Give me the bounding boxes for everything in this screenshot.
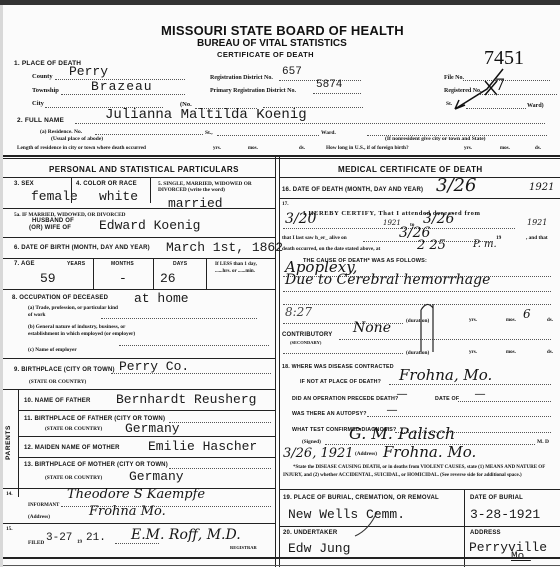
- undertaker-value: Edw Jung: [288, 541, 350, 556]
- informant-address: Frohna Mo.: [89, 504, 166, 519]
- divider: [18, 457, 275, 458]
- divider: [279, 489, 560, 490]
- divider: [3, 523, 275, 524]
- days-label: DAYS: [173, 261, 187, 267]
- nonresident-label: (If nonresident give city or town and St…: [385, 136, 485, 142]
- divider: [3, 389, 275, 390]
- father-birthplace-city-field: [169, 415, 271, 423]
- death-ampm: P. m.: [473, 239, 497, 250]
- ward-label-2: Ward.: [321, 130, 336, 136]
- primary-registration-value: 5874: [316, 79, 342, 91]
- informant-label: INFORMANT: [28, 503, 59, 508]
- age-years-value: 59: [40, 271, 56, 286]
- dod-year: 1921: [529, 182, 554, 193]
- nonresident-field: [367, 128, 547, 136]
- birthplace-field: Perry Co.: [111, 362, 271, 374]
- cause-2: Due to Cerebral hemorrhage: [285, 272, 490, 288]
- if-not-label: IF NOT AT PLACE OF DEATH?: [300, 379, 381, 385]
- mother-value: Emilie Hascher: [148, 439, 257, 454]
- st-label: St.: [446, 101, 452, 107]
- divider: [206, 258, 207, 289]
- birthplace-label: 9. BIRTHPLACE (CITY OR TOWN): [14, 367, 115, 373]
- undertaker-address-value: Perryville: [469, 540, 547, 555]
- residence-ward-field: [217, 128, 319, 136]
- cause-3: 8:27: [285, 305, 312, 319]
- county-value: Perry: [69, 64, 108, 79]
- last-saw-label: that I last saw h_er_ alive on: [282, 235, 347, 241]
- duration-mos-value: 6: [523, 307, 531, 321]
- cause-footnote: *State the DISEASE CAUSING DEATH, or in …: [283, 464, 553, 479]
- birthplace-state-label: (STATE OR COUNTRY): [29, 379, 86, 385]
- and-that-label: , and that: [526, 235, 548, 241]
- divider: [3, 289, 275, 290]
- length-residence-label: Length of residence in city or town wher…: [17, 145, 146, 151]
- filed-year: 21.: [86, 532, 106, 544]
- sex-label: 3. SEX: [14, 181, 34, 187]
- age-label: 7. AGE: [14, 261, 35, 267]
- residence-field: [95, 127, 203, 135]
- full-name-field: Julianna Maltilda Koenig: [75, 110, 545, 124]
- spouse-value: Edward Koenig: [99, 218, 200, 233]
- physician-address: Frohna. Mo.: [383, 443, 476, 461]
- duration-ds: ds.: [547, 318, 553, 323]
- divider: [279, 177, 560, 178]
- occupation-value: at home: [134, 291, 189, 306]
- parents-divider: [18, 389, 19, 497]
- attended-to-year: 1921: [527, 218, 547, 227]
- primary-registration-label: Primary Registration District No.: [210, 88, 296, 94]
- pen-stroke-mark: [351, 510, 381, 540]
- ward-field: [466, 101, 526, 109]
- age-days-value: 26: [160, 271, 176, 286]
- duration-mos-2: mos.: [506, 350, 516, 355]
- attended-from: 3/20: [285, 211, 316, 227]
- undertaker-label: 20. UNDERTAKER: [283, 530, 337, 536]
- occupation-b-field: [119, 339, 269, 346]
- full-name-value: Julianna Maltilda Koenig: [105, 107, 307, 123]
- contributory-label: CONTRIBUTORY: [282, 332, 332, 338]
- death-certificate: MISSOURI STATE BOARD OF HEALTH BUREAU OF…: [3, 5, 560, 567]
- filed-19: 19: [77, 540, 82, 545]
- divider: [3, 177, 275, 178]
- page-title: MISSOURI STATE BOARD OF HEALTH: [161, 23, 404, 38]
- duration-yrs: yrs.: [469, 318, 477, 323]
- operation-label: DID AN OPERATION PRECEDE DEATH?: [292, 396, 398, 402]
- dod-value: 3/26: [436, 175, 476, 196]
- us-mos: mos.: [500, 146, 510, 151]
- date-of-label: DATE OF: [435, 396, 459, 402]
- duration-mos: mos.: [506, 318, 516, 323]
- divider: [3, 208, 275, 209]
- length-ds: ds.: [299, 146, 305, 151]
- occupation-label: 8. OCCUPATION OF DECEASED: [12, 295, 108, 301]
- city-label: City: [32, 100, 44, 107]
- burial-label: 19. PLACE OF BURIAL, CREMATION, OR REMOV…: [283, 495, 439, 501]
- less-than-day-label: If LESS than 1 day, ......hrs. or ......…: [215, 261, 271, 275]
- township-value: Brazeau: [91, 79, 153, 94]
- contracted-value: Frohna, Mo.: [399, 366, 492, 384]
- occupation-a-field: [101, 312, 257, 319]
- months-label: MONTHS: [111, 261, 134, 267]
- length-yrs: yrs.: [213, 146, 221, 151]
- date-of-value: —: [475, 389, 485, 400]
- divider: [464, 489, 465, 567]
- marital-label: 5. SINGLE, MARRIED, WIDOWED OR DIVORCED …: [158, 181, 268, 193]
- filed-num: 15.: [6, 526, 13, 532]
- dod-label: 16. DATE OF DEATH (MONTH, DAY AND YEAR): [282, 187, 423, 193]
- st-label-2: St.,: [205, 130, 213, 136]
- race-value: white: [99, 189, 138, 204]
- filed-date: 3-27: [46, 532, 72, 544]
- column-divider: [275, 155, 276, 567]
- ward-label: Ward): [527, 103, 544, 109]
- township-field: Brazeau: [61, 82, 185, 95]
- operation-value: —: [397, 389, 407, 400]
- divider: [153, 258, 154, 289]
- physician-address-label: (Address): [355, 451, 377, 457]
- divider: [3, 565, 560, 566]
- years-label: YEARS: [67, 261, 85, 267]
- sign-date: 3/26, 1921: [283, 446, 354, 461]
- divider: [279, 526, 560, 527]
- divider: [3, 237, 275, 238]
- medical-section-title: MEDICAL CERTIFICATE OF DEATH: [338, 165, 483, 174]
- informant-num: 14.: [6, 491, 13, 497]
- divider: [3, 557, 560, 559]
- contributory-value: None: [353, 320, 391, 336]
- township-label: Township: [32, 87, 59, 94]
- mother-state-label: (STATE OR COUNTRY): [45, 475, 102, 481]
- contributory-duration-field: [283, 348, 403, 354]
- divider: [71, 177, 72, 203]
- race-label: 4. COLOR OR RACE: [76, 181, 137, 187]
- county-label: County: [32, 73, 53, 80]
- usual-place-label: (Usual place of abode): [51, 136, 103, 142]
- md-label: M. D: [537, 439, 549, 445]
- burial-date-label: DATE OF BURIAL: [470, 495, 523, 501]
- age-months-value: -: [119, 271, 127, 286]
- full-name-label: 2. FULL NAME: [17, 117, 64, 124]
- informant-signature: Theodore S Kaempfe: [67, 487, 205, 502]
- primary-registration-field: 5874: [313, 82, 361, 94]
- duration-ds-2: ds.: [547, 350, 553, 355]
- divider: [93, 258, 94, 289]
- personal-section-title: PERSONAL AND STATISTICAL PARTICULARS: [49, 165, 239, 174]
- signed-label: (Signed): [302, 439, 321, 445]
- burial-date-value: 3-28-1921: [470, 507, 540, 522]
- divider: [3, 155, 560, 157]
- burial-value: New Wells Cemm.: [288, 507, 405, 522]
- divider: [18, 436, 275, 437]
- father-value: Bernhardt Reusherg: [116, 392, 256, 407]
- us-ds: ds.: [535, 146, 541, 151]
- duration-label-2: (duration): [406, 350, 429, 356]
- dob-label: 6. DATE OF BIRTH (MONTH, DAY AND YEAR): [14, 245, 150, 251]
- date-of-field: [458, 395, 551, 402]
- registrar-signature: E.M. Roff, M.D.: [131, 527, 241, 543]
- mother-birthplace-city-field: [169, 461, 271, 469]
- registration-district-label: Registration District No.: [210, 75, 273, 81]
- mother-label: 12. MAIDEN NAME OF MOTHER: [24, 445, 120, 451]
- item-17: 17.: [282, 201, 289, 207]
- contracted-label: 18. WHERE WAS DISEASE CONTRACTED: [282, 364, 394, 370]
- filed-label: FILED: [28, 540, 44, 546]
- spouse-label-3: (OR) WIFE OF: [29, 225, 71, 231]
- how-long-label: How long in U.S., if of foreign birth?: [326, 145, 409, 151]
- spouse-label-2: HUSBAND OF: [32, 218, 74, 224]
- secondary-label: (SECONDARY): [290, 340, 321, 345]
- duration-yrs-2: yrs.: [469, 350, 477, 355]
- parents-label: PARENTS: [5, 425, 12, 460]
- divider: [3, 158, 560, 159]
- occupation-c-label: (c) Name of employer: [28, 347, 77, 353]
- divider: [3, 258, 275, 259]
- mother-birthplace-value: Germany: [129, 469, 184, 484]
- column-divider: [279, 155, 280, 567]
- death-occurred-label: death occurred, on the date stated above…: [282, 246, 380, 252]
- registrar-label: REGISTRAR: [230, 545, 257, 550]
- registration-district-value: 657: [282, 66, 302, 78]
- occupation-b-label: (b) General nature of industry, business…: [28, 324, 138, 338]
- dob-value: March 1st, 1862: [166, 240, 283, 255]
- divider: [18, 410, 275, 411]
- divider: [279, 198, 560, 199]
- residence-label: (a) Residence. No.: [40, 129, 82, 135]
- form-name: CERTIFICATE OF DEATH: [217, 50, 314, 59]
- mother-birthplace-label: 13. BIRTHPLACE OF MOTHER (CITY OR TOWN): [24, 462, 168, 468]
- informant-address-label: (Address): [28, 514, 50, 520]
- physician-signature: G. M. Palisch: [349, 424, 455, 443]
- autopsy-label: WAS THERE AN AUTOPSY?: [292, 411, 367, 417]
- undertaker-address-label: ADDRESS: [470, 530, 501, 536]
- us-yrs: yrs.: [464, 146, 472, 151]
- death-time: 2 25: [417, 238, 446, 253]
- birthplace-value: Perry Co.: [119, 359, 189, 374]
- father-label: 10. NAME OF FATHER: [24, 398, 91, 404]
- autopsy-value: —: [387, 405, 397, 416]
- length-mos: mos.: [248, 146, 258, 151]
- father-state-label: (STATE OR COUNTRY): [45, 426, 102, 432]
- bureau-subtitle: BUREAU OF VITAL STATISTICS: [197, 38, 347, 49]
- divider: [150, 177, 151, 203]
- father-birthplace-value: Germany: [125, 421, 180, 436]
